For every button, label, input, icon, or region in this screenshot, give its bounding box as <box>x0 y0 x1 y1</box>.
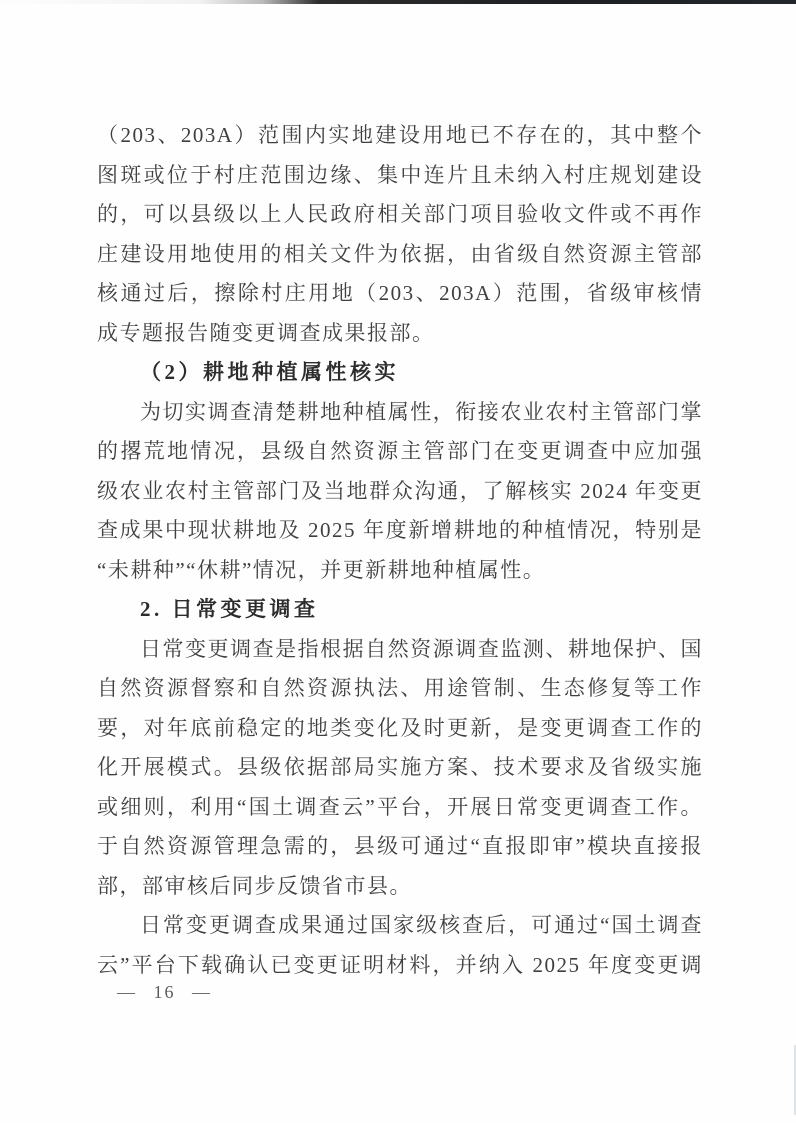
text-line: 成专题报告随变更调查成果报部。 <box>97 314 703 354</box>
paragraph-daily-change-survey: 日常变更调查是指根据自然资源调查监测、耕地保护、国家 自然资源督察和自然资源执法… <box>97 630 703 907</box>
text-line: 级农业农村主管部门及当地群众沟通，了解核实 2024 年变更调 <box>97 472 703 512</box>
text-line: 庄建设用地使用的相关文件为依据，由省级自然资源主管部门审 <box>97 235 703 275</box>
section-heading-planting-attribute: （2）耕地种植属性核实 <box>97 353 703 393</box>
document-page: （203、203A）范围内实地建设用地已不存在的，其中整个村庄 图斑或位于村庄范… <box>0 0 796 1123</box>
section-heading-daily-change-survey: 2. 日常变更调查 <box>97 590 703 630</box>
paragraph-survey-results: 日常变更调查成果通过国家级核查后，可通过“国土调查 云”平台下载确认已变更证明材… <box>97 906 703 985</box>
text-line: 图斑或位于村庄范围边缘、集中连片且未纳入村庄规划建设范围 <box>97 156 703 196</box>
text-line: 于自然资源管理急需的，县级可通过“直报即审”模块直接报 <box>97 827 703 867</box>
text-line: 为切实调查清楚耕地种植属性，衔接农业农村主管部门掌握 <box>97 393 703 433</box>
text-line: 的撂荒地情况，县级自然资源主管部门在变更调查中应加强与同 <box>97 432 703 472</box>
text-line: （203、203A）范围内实地建设用地已不存在的，其中整个村庄 <box>97 116 703 156</box>
text-line: 或细则，利用“国土调查云”平台，开展日常变更调查工作。对 <box>97 788 703 828</box>
text-line: 要，对年底前稳定的地类变化及时更新，是变更调查工作的常态 <box>97 709 703 749</box>
text-line: 云”平台下载确认已变更证明材料，并纳入 2025 年度变更调查 <box>97 946 703 986</box>
scan-artifact-top-edge <box>0 0 796 4</box>
text-line: 化开展模式。县级依据部局实施方案、技术要求及省级实施方案 <box>97 748 703 788</box>
page-text-block: （203、203A）范围内实地建设用地已不存在的，其中整个村庄 图斑或位于村庄范… <box>97 116 703 985</box>
page-number: — 16 — <box>117 981 212 1003</box>
text-line: “未耕种”“休耕”情况，并更新耕地种植属性。 <box>97 551 703 591</box>
text-line: 核通过后，擦除村庄用地（203、203A）范围，省级审核情况形 <box>97 274 703 314</box>
text-line: 日常变更调查成果通过国家级核查后，可通过“国土调查 <box>97 906 703 946</box>
text-line: 部，部审核后同步反馈省市县。 <box>97 867 703 907</box>
text-line: 日常变更调查是指根据自然资源调查监测、耕地保护、国家 <box>97 630 703 670</box>
paragraph-planting-attribute: 为切实调查清楚耕地种植属性，衔接农业农村主管部门掌握 的撂荒地情况，县级自然资源… <box>97 393 703 591</box>
text-line: 的，可以县级以上人民政府相关部门项目验收文件或不再作为村 <box>97 195 703 235</box>
text-line: 自然资源督察和自然资源执法、用途管制、生态修复等工作需 <box>97 669 703 709</box>
text-line: 查成果中现状耕地及 2025 年度新增耕地的种植情况，特别是 <box>97 511 703 551</box>
paragraph-continued: （203、203A）范围内实地建设用地已不存在的，其中整个村庄 图斑或位于村庄范… <box>97 116 703 353</box>
